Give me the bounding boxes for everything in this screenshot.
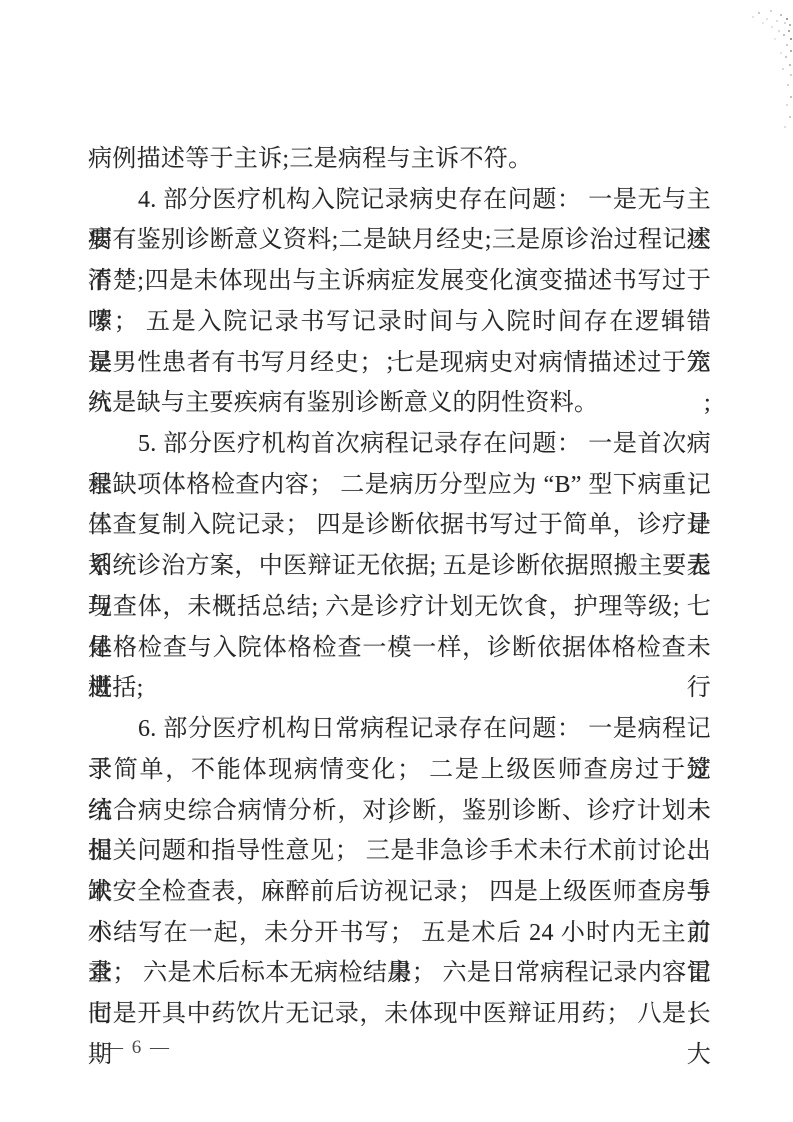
document-body: 病例描述等于主诉;三是病程与主诉不符。 4. 部分医疗机构入院记录病史存在问题：… [88,139,711,1035]
text-line: 病例描述等于主诉;三是病程与主诉不符。 [88,139,711,180]
text-line: 于简单，不能体现病情变化； 二是上级医师查房过于笼统，未 [88,750,711,791]
text-line: 录缺项体格检查内容； 二是病历分型应为 “B” 型下病重； 三是 [88,465,711,506]
text-line: 七是开具中药饮片无记录，未体现中医辩证用药； 八是长期大 [88,994,711,1035]
text-line: 录； 六是术后标本无病检结果； 六是日常病程记录内容雷同； [88,953,711,994]
text-line: 6. 部分医疗机构日常病程记录存在问题： 一是病程记录过 [88,709,711,750]
text-line: 嗦； 五是入院记录书写记录时间与入院时间存在逻辑错误； 六 [88,302,711,343]
text-line: 系统诊治方案，中医辩证无依据; 五是诊断依据照搬主要表现 [88,546,711,587]
text-line: 5. 部分医疗机构首次病程记录存在问题： 一是首次病程记 [88,424,711,465]
text-line: 是男性患者有书写月经史； 七是现病史对病情描述过于笼统; [88,343,711,384]
text-line: 与查体，未概括总结; 六是诊疗计划无饮食，护理等级; 七是 [88,587,711,628]
scan-noise-speckles [740,8,742,10]
text-line: 4. 部分医疗机构入院记录病史存在问题： 一是无与主要疾 [88,180,711,221]
scanned-document-page: 病例描述等于主诉;三是病程与主诉不符。 4. 部分医疗机构入院记录病史存在问题：… [0,0,793,1122]
text-line: 体格检查与入院体格检查一模一样，诊断依据体格检查未进行 [88,628,711,669]
text-line: 结合病史综合病情分析，对诊断，鉴别诊断、诊疗计划未提出 [88,791,711,832]
text-line: 相关问题和指导性意见； 三是非急诊手术未行术前讨论、缺手 [88,831,711,872]
text-line: 术安全检查表，麻醉前后访视记录； 四是上级医师查房与术前 [88,872,711,913]
text-line: 清楚;四是未体现出与主诉病症发展变化演变描述书写过于啰 [88,261,711,302]
text-line: 体查复制入院记录； 四是诊断依据书写过于简单，诊疗计划无 [88,505,711,546]
text-line: 小结写在一起，未分开书写； 五是术后 24 小时内无主刀查房记 [88,913,711,954]
page-number: — 6 — [104,1036,171,1060]
text-line: 病有鉴别诊断意义资料;二是缺月经史;三是原诊治过程记述不 [88,220,711,261]
